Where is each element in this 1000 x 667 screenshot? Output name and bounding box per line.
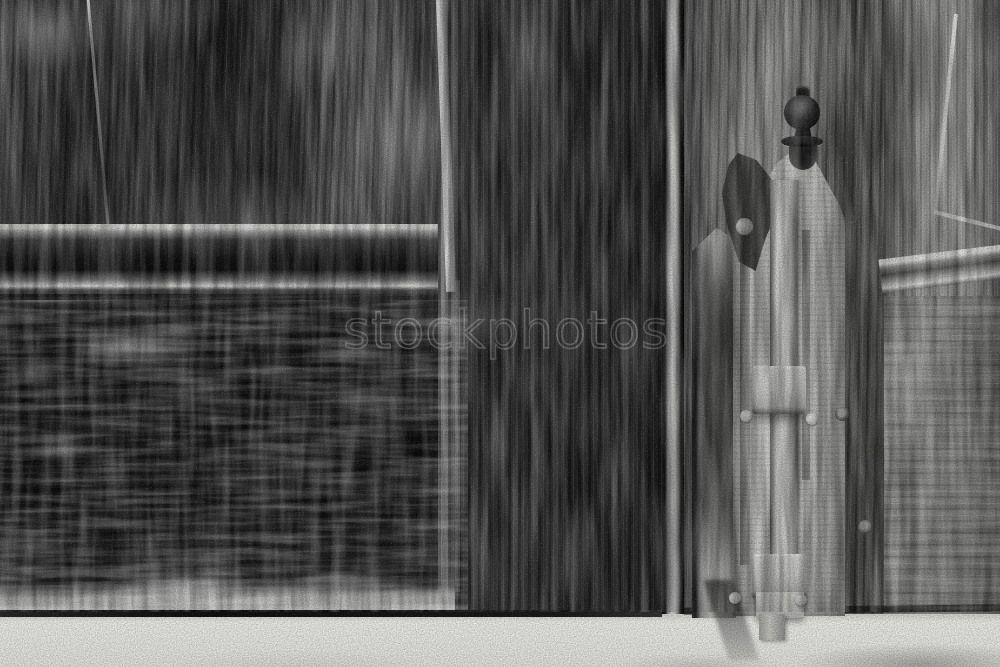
bolt-guide-bracket-upper bbox=[752, 366, 806, 414]
left-door-upper-panel bbox=[0, 0, 462, 242]
wood-rivet bbox=[858, 520, 872, 534]
right-door-panel bbox=[884, 0, 1000, 618]
photo-old-door: stockphotos bbox=[0, 0, 1000, 667]
rivet bbox=[795, 594, 807, 606]
door-leaf-gap bbox=[662, 0, 684, 618]
rivet bbox=[740, 410, 752, 422]
wood-rivet bbox=[835, 407, 849, 421]
left-door-lower-panel bbox=[0, 294, 468, 620]
left-door-right-stile-plank bbox=[438, 0, 664, 618]
stile-edge-lower-highlight bbox=[455, 280, 460, 592]
bolt-rod-end bbox=[759, 614, 785, 640]
stone-floor bbox=[0, 614, 1000, 667]
left-door-bottom-weathering bbox=[0, 584, 455, 613]
left-door-bottom-shadow-line bbox=[0, 610, 662, 617]
plate-hole bbox=[736, 218, 753, 235]
rivet bbox=[806, 413, 818, 425]
left-door-molding-rail bbox=[0, 224, 468, 296]
rivet bbox=[729, 592, 741, 604]
plate-groove-left bbox=[740, 235, 750, 565]
plate-groove-right bbox=[802, 230, 810, 480]
bolt-knob-ball bbox=[784, 95, 820, 130]
right-panel-lower bbox=[884, 296, 1000, 618]
